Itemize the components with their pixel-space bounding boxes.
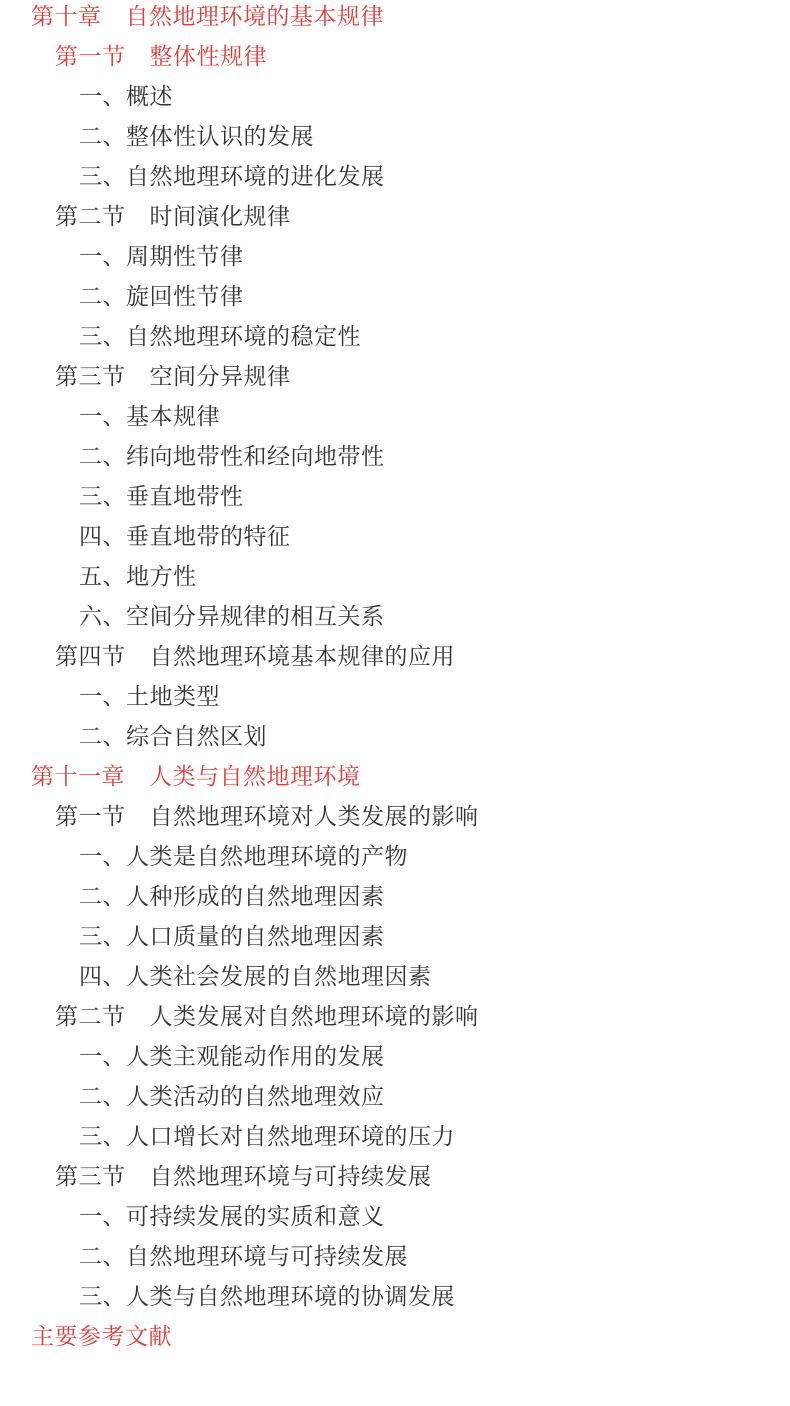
toc-section[interactable]: 第二节人类发展对自然地理环境的影响 bbox=[0, 1000, 790, 1040]
toc-item[interactable]: 六、空间分异规律的相互关系 bbox=[0, 600, 790, 640]
toc-section[interactable]: 第三节空间分异规律 bbox=[0, 360, 790, 400]
section-number: 第一节 bbox=[55, 804, 126, 830]
toc-item[interactable]: 四、垂直地带的特征 bbox=[0, 520, 790, 560]
section-number: 第三节 bbox=[55, 364, 126, 390]
toc-section[interactable]: 第四节自然地理环境基本规律的应用 bbox=[0, 640, 790, 680]
toc-item[interactable]: 四、人类社会发展的自然地理因素 bbox=[0, 960, 790, 1000]
chapter-title: 自然地理环境的基本规律 bbox=[126, 4, 385, 30]
toc-item[interactable]: 二、纬向地带性和经向地带性 bbox=[0, 440, 790, 480]
section-number: 第一节 bbox=[55, 44, 126, 70]
toc-item[interactable]: 一、人类主观能动作用的发展 bbox=[0, 1040, 790, 1080]
section-title: 自然地理环境基本规律的应用 bbox=[150, 644, 456, 670]
toc-item[interactable]: 二、人类活动的自然地理效应 bbox=[0, 1080, 790, 1120]
toc-item[interactable]: 三、人口增长对自然地理环境的压力 bbox=[0, 1120, 790, 1160]
toc-item[interactable]: 二、旋回性节律 bbox=[0, 280, 790, 320]
toc-item[interactable]: 三、自然地理环境的进化发展 bbox=[0, 160, 790, 200]
section-title: 自然地理环境与可持续发展 bbox=[150, 1164, 432, 1190]
toc-item[interactable]: 二、自然地理环境与可持续发展 bbox=[0, 1240, 790, 1280]
toc-item[interactable]: 五、地方性 bbox=[0, 560, 790, 600]
table-of-contents: 第十章自然地理环境的基本规律 第一节整体性规律 一、概述 二、整体性认识的发展 … bbox=[0, 0, 790, 1360]
toc-chapter-11[interactable]: 第十一章人类与自然地理环境 bbox=[0, 760, 790, 800]
toc-references[interactable]: 主要参考文献 bbox=[0, 1320, 790, 1360]
toc-item[interactable]: 三、垂直地带性 bbox=[0, 480, 790, 520]
chapter-title: 人类与自然地理环境 bbox=[149, 764, 361, 790]
toc-item[interactable]: 三、人口质量的自然地理因素 bbox=[0, 920, 790, 960]
section-title: 时间演化规律 bbox=[150, 204, 291, 230]
section-title: 空间分异规律 bbox=[150, 364, 291, 390]
section-title: 人类发展对自然地理环境的影响 bbox=[150, 1004, 479, 1030]
section-number: 第四节 bbox=[55, 644, 126, 670]
toc-item[interactable]: 二、综合自然区划 bbox=[0, 720, 790, 760]
toc-item[interactable]: 二、整体性认识的发展 bbox=[0, 120, 790, 160]
toc-chapter-10[interactable]: 第十章自然地理环境的基本规律 bbox=[0, 0, 790, 40]
toc-section[interactable]: 第三节自然地理环境与可持续发展 bbox=[0, 1160, 790, 1200]
toc-item[interactable]: 三、人类与自然地理环境的协调发展 bbox=[0, 1280, 790, 1320]
toc-section[interactable]: 第一节整体性规律 bbox=[0, 40, 790, 80]
toc-item[interactable]: 二、人种形成的自然地理因素 bbox=[0, 880, 790, 920]
toc-item[interactable]: 三、自然地理环境的稳定性 bbox=[0, 320, 790, 360]
toc-item[interactable]: 一、概述 bbox=[0, 80, 790, 120]
toc-item[interactable]: 一、可持续发展的实质和意义 bbox=[0, 1200, 790, 1240]
toc-item[interactable]: 一、土地类型 bbox=[0, 680, 790, 720]
toc-item[interactable]: 一、基本规律 bbox=[0, 400, 790, 440]
toc-section[interactable]: 第二节时间演化规律 bbox=[0, 200, 790, 240]
chapter-number: 第十一章 bbox=[31, 764, 125, 790]
section-title: 整体性规律 bbox=[150, 44, 268, 70]
chapter-number: 第十章 bbox=[31, 4, 102, 30]
section-number: 第二节 bbox=[55, 1004, 126, 1030]
toc-item[interactable]: 一、人类是自然地理环境的产物 bbox=[0, 840, 790, 880]
section-title: 自然地理环境对人类发展的影响 bbox=[150, 804, 479, 830]
toc-section[interactable]: 第一节自然地理环境对人类发展的影响 bbox=[0, 800, 790, 840]
toc-item[interactable]: 一、周期性节律 bbox=[0, 240, 790, 280]
section-number: 第三节 bbox=[55, 1164, 126, 1190]
section-number: 第二节 bbox=[55, 204, 126, 230]
